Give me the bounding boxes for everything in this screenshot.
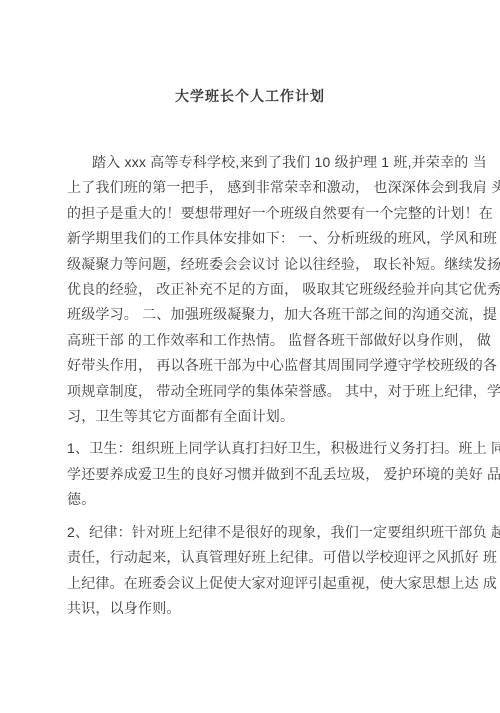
- document-page: 大学班长个人工作计划 踏入 xxx 高等专科学校,来到了我们 10 级护理 1 …: [0, 0, 500, 713]
- document-title: 大学班长个人工作计划: [0, 86, 500, 106]
- text-line: 德。: [67, 487, 457, 512]
- text-line: 学还要养成爱卫生的良好习惯并做到不乱丢垃圾， 爱护环境的美好 品: [67, 462, 457, 487]
- text-line: 的担子是重大的！要想带理好一个班级自然要有一个完整的计划！在: [67, 201, 457, 226]
- paragraph-intro: 踏入 xxx 高等专科学校,来到了我们 10 级护理 1 班,并荣幸的 当 上了…: [67, 150, 457, 429]
- text-line: 级凝聚力等问题，经班委会会议讨 论以往经验， 取长补短。继续发扬: [67, 252, 457, 277]
- text-line: 优良的经验， 改正补充不足的方面， 吸取其它班级经验并向其它优秀: [67, 277, 457, 302]
- document-body: 踏入 xxx 高等专科学校,来到了我们 10 级护理 1 班,并荣幸的 当 上了…: [67, 150, 457, 628]
- paragraph-item-discipline: 2、纪律：针对班上纪律不是很好的现象，我们一定要组织班干部负 起 责任，行动起来…: [67, 520, 457, 622]
- text-line: 好带头作用， 再以各班干部为中心监督其周围同学遵守学校班级的各: [67, 353, 457, 378]
- text-line: 共识，以身作则。: [67, 596, 457, 621]
- text-line: 高班干部 的工作效率和工作热情。 监督各班干部做好以身作则， 做: [67, 328, 457, 353]
- text-line: 责任，行动起来，认真管理好班上纪律。可借以学校迎评之风抓好 班: [67, 545, 457, 570]
- text-line: 2、纪律：针对班上纪律不是很好的现象，我们一定要组织班干部负 起: [67, 520, 457, 545]
- text-line: 1、卫生：组织班上同学认真打扫好卫生，积极进行义务打扫。班上 同: [67, 436, 457, 461]
- text-line: 班级学习。 二、加强班级凝聚力，加大各班干部之间的沟通交流，提: [67, 302, 457, 327]
- text-line: 踏入 xxx 高等专科学校,来到了我们 10 级护理 1 班,并荣幸的 当: [67, 150, 457, 175]
- text-line: 上了我们班的第一把手， 感到非常荣幸和激动， 也深深体会到我肩 头: [67, 175, 457, 200]
- text-line: 上纪律。在班委会议上促使大家对迎评引起重视，使大家思想上达 成: [67, 571, 457, 596]
- text-line: 习，卫生等其它方面都有全面计划。: [67, 404, 457, 429]
- paragraph-item-hygiene: 1、卫生：组织班上同学认真打扫好卫生，积极进行义务打扫。班上 同 学还要养成爱卫…: [67, 436, 457, 512]
- text-line: 项规章制度， 带动全班同学的集体荣誉感。 其中，对于班上纪律，学: [67, 379, 457, 404]
- text-line: 新学期里我们的工作具体安排如下： 一、分析班级的班风，学风和班: [67, 226, 457, 251]
